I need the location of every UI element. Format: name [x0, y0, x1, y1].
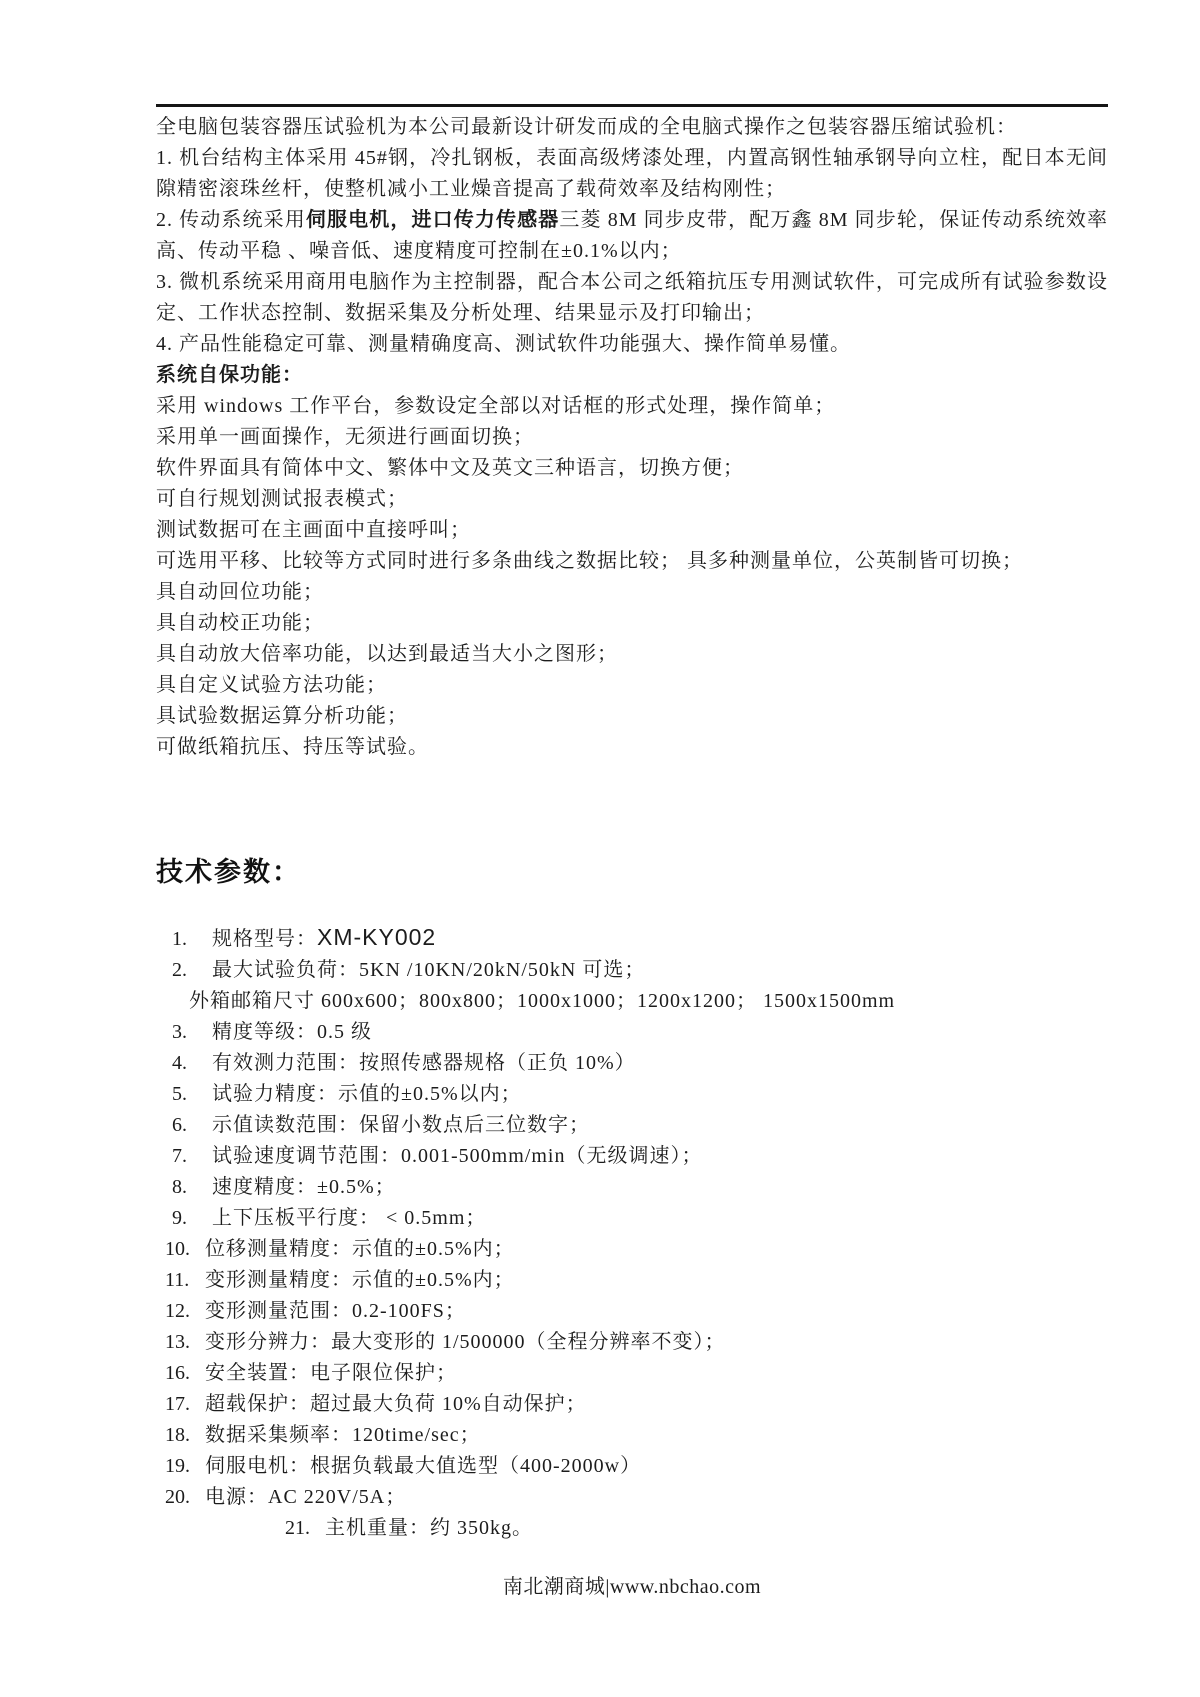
- footer-text: 南北潮商城|www.nbchao.com: [156, 1572, 1108, 1602]
- feature-line: 可做纸箱抗压、持压等试验。: [156, 732, 1108, 763]
- tech-item-text: 电源：AC 220V/5A；: [205, 1486, 406, 1508]
- tech-item: 4.有效测力范围：按照传感器规格（正负 10%）: [156, 1048, 1108, 1079]
- tech-item-number: 9.: [172, 1203, 212, 1234]
- feature-line: 具自动放大倍率功能，以达到最适当大小之图形；: [156, 639, 1108, 670]
- tech-item-text: 位移测量精度：示值的±0.5%内；: [205, 1238, 515, 1260]
- feature-line: 具自动回位功能；: [156, 577, 1108, 608]
- tech-item-number: 13.: [165, 1327, 205, 1358]
- tech-item: 2.最大试验负荷：5KN /10KN/20kN/50kN 可选；: [156, 955, 1108, 986]
- tech-item-text: 变形测量精度：示值的±0.5%内；: [205, 1269, 515, 1291]
- tech-item-number: 3.: [172, 1017, 212, 1048]
- feature-line: 具试验数据运算分析功能；: [156, 701, 1108, 732]
- tech-item-number: 18.: [165, 1420, 205, 1451]
- tech-item-text: 变形分辨力：最大变形的 1/500000（全程分辨率不变）；: [205, 1331, 726, 1353]
- tech-item: 6.示值读数范围：保留小数点后三位数字；: [156, 1110, 1108, 1141]
- top-horizontal-rule: [156, 104, 1108, 107]
- intro-paragraph-2: 2. 传动系统采用伺服电机，进口传力传感器三菱 8M 同步皮带，配万鑫 8M 同…: [156, 205, 1108, 267]
- tech-item-text: 安全装置：电子限位保护；: [205, 1362, 457, 1384]
- tech-item: 20.电源：AC 220V/5A；: [156, 1482, 1108, 1513]
- intro-lead: 全电脑包装容器压试验机为本公司最新设计研发而成的全电脑式操作之包装容器压缩试验机…: [156, 112, 1108, 143]
- tech-item: 11.变形测量精度：示值的±0.5%内；: [156, 1265, 1108, 1296]
- tech-item-text: 最大试验负荷：5KN /10KN/20kN/50kN 可选；: [212, 959, 645, 981]
- tech-item-number: 4.: [172, 1048, 212, 1079]
- tech-params-list: 1.规格型号：XM-KY002 2.最大试验负荷：5KN /10KN/20kN/…: [156, 922, 1108, 1544]
- tech-item: 9.上下压板平行度： < 0.5mm；: [156, 1203, 1108, 1234]
- tech-item: 7.试验速度调节范围：0.001-500mm/min（无级调速）；: [156, 1141, 1108, 1172]
- intro-paragraph-2-pre: 2. 传动系统采用: [156, 209, 306, 231]
- tech-item: 21.主机重量：约 350kg。: [156, 1513, 1108, 1544]
- tech-item: 13.变形分辨力：最大变形的 1/500000（全程分辨率不变）；: [156, 1327, 1108, 1358]
- tech-item-text: 试验力精度：示值的±0.5%以内；: [212, 1083, 522, 1105]
- tech-item: 12.变形测量范围：0.2-100FS；: [156, 1296, 1108, 1327]
- tech-item-number: 11.: [165, 1265, 205, 1296]
- intro-paragraph-4: 4. 产品性能稳定可靠、测量精确度高、测试软件功能强大、操作简单易懂。: [156, 329, 1108, 360]
- tech-item: 8.速度精度：±0.5%；: [156, 1172, 1108, 1203]
- feature-line: 可选用平移、比较等方式同时进行多条曲线之数据比较； 具多种测量单位，公英制皆可切…: [156, 546, 1108, 577]
- tech-item-number: 1.: [172, 924, 212, 955]
- tech-item-model-code: XM-KY002: [317, 924, 436, 950]
- tech-item-number: 17.: [165, 1389, 205, 1420]
- intro-paragraph-1: 1. 机台结构主体采用 45#钢，冷扎钢板，表面高级烤漆处理，内置高钢性轴承钢导…: [156, 143, 1108, 205]
- tech-item-text: 试验速度调节范围：0.001-500mm/min（无级调速）；: [212, 1145, 702, 1167]
- tech-item-text: 规格型号：: [212, 928, 317, 950]
- feature-line: 可自行规划测试报表模式；: [156, 484, 1108, 515]
- intro-paragraph-4-text: 4. 产品性能稳定可靠、测量精确度高、测试软件功能强大、操作简单易懂。: [156, 333, 851, 355]
- tech-item: 1.规格型号：XM-KY002: [156, 922, 1108, 955]
- tech-item-number: 6.: [172, 1110, 212, 1141]
- tech-item-text: 精度等级：0.5 级: [212, 1021, 372, 1043]
- feature-line: 具自动校正功能；: [156, 608, 1108, 639]
- tech-item-text: 主机重量：约 350kg。: [325, 1517, 533, 1539]
- tech-item-number: 12.: [165, 1296, 205, 1327]
- tech-item: 5.试验力精度：示值的±0.5%以内；: [156, 1079, 1108, 1110]
- intro-paragraph-3: 3. 微机系统采用商用电脑作为主控制器，配合本公司之纸箱抗压专用测试软件，可完成…: [156, 267, 1108, 329]
- tech-item-number: 5.: [172, 1079, 212, 1110]
- tech-item-number: 19.: [165, 1451, 205, 1482]
- intro-paragraph-2-bold: 伺服电机，进口传力传感器: [306, 209, 559, 231]
- tech-item-text: 速度精度：±0.5%；: [212, 1176, 396, 1198]
- tech-item-number: 10.: [165, 1234, 205, 1265]
- tech-item-text: 伺服电机：根据负载最大值选型（400-2000w）: [205, 1455, 641, 1477]
- feature-line: 测试数据可在主画面中直接呼叫；: [156, 515, 1108, 546]
- tech-item: 17.超载保护：超过最大负荷 10%自动保护；: [156, 1389, 1108, 1420]
- tech-item-number: 8.: [172, 1172, 212, 1203]
- feature-line: 软件界面具有简体中文、繁体中文及英文三种语言，切换方便；: [156, 453, 1108, 484]
- feature-line: 采用 windows 工作平台，参数设定全部以对话框的形式处理，操作简单；: [156, 391, 1108, 422]
- tech-item: 16.安全装置：电子限位保护；: [156, 1358, 1108, 1389]
- tech-item-text: 超载保护：超过最大负荷 10%自动保护；: [205, 1393, 587, 1415]
- tech-item-number: 21.: [285, 1513, 325, 1544]
- document-page: 全电脑包装容器压试验机为本公司最新设计研发而成的全电脑式操作之包装容器压缩试验机…: [0, 0, 1200, 1697]
- feature-line: 采用单一画面操作，无须进行画面切换；: [156, 422, 1108, 453]
- tech-item-number: 16.: [165, 1358, 205, 1389]
- tech-item-number: 7.: [172, 1141, 212, 1172]
- tech-item-text: 有效测力范围：按照传感器规格（正负 10%）: [212, 1052, 636, 1074]
- tech-item-text: 上下压板平行度： < 0.5mm；: [212, 1207, 486, 1229]
- tech-item-number: 20.: [165, 1482, 205, 1513]
- tech-params-heading: 技术参数：: [156, 855, 1108, 889]
- tech-item: 10.位移测量精度：示值的±0.5%内；: [156, 1234, 1108, 1265]
- tech-item: 19.伺服电机：根据负载最大值选型（400-2000w）: [156, 1451, 1108, 1482]
- tech-item-text: 示值读数范围：保留小数点后三位数字；: [212, 1114, 590, 1136]
- tech-item-text: 数据采集频率：120time/sec；: [205, 1424, 481, 1446]
- document-content: 全电脑包装容器压试验机为本公司最新设计研发而成的全电脑式操作之包装容器压缩试验机…: [156, 112, 1108, 1602]
- self-protect-heading: 系统自保功能：: [156, 360, 1108, 391]
- tech-item-number: 2.: [172, 955, 212, 986]
- intro-paragraph-1-text: 1. 机台结构主体采用 45#钢，冷扎钢板，表面高级烤漆处理，内置高钢性轴承钢导…: [156, 147, 1108, 200]
- tech-item: 3.精度等级：0.5 级: [156, 1017, 1108, 1048]
- intro-paragraph-3-text: 3. 微机系统采用商用电脑作为主控制器，配合本公司之纸箱抗压专用测试软件，可完成…: [156, 271, 1108, 324]
- tech-item-subline: 外箱邮箱尺寸 600x600；800x800；1000x1000；1200x12…: [156, 986, 1108, 1017]
- tech-item: 18.数据采集频率：120time/sec；: [156, 1420, 1108, 1451]
- feature-line: 具自定义试验方法功能；: [156, 670, 1108, 701]
- tech-item-text: 变形测量范围：0.2-100FS；: [205, 1300, 466, 1322]
